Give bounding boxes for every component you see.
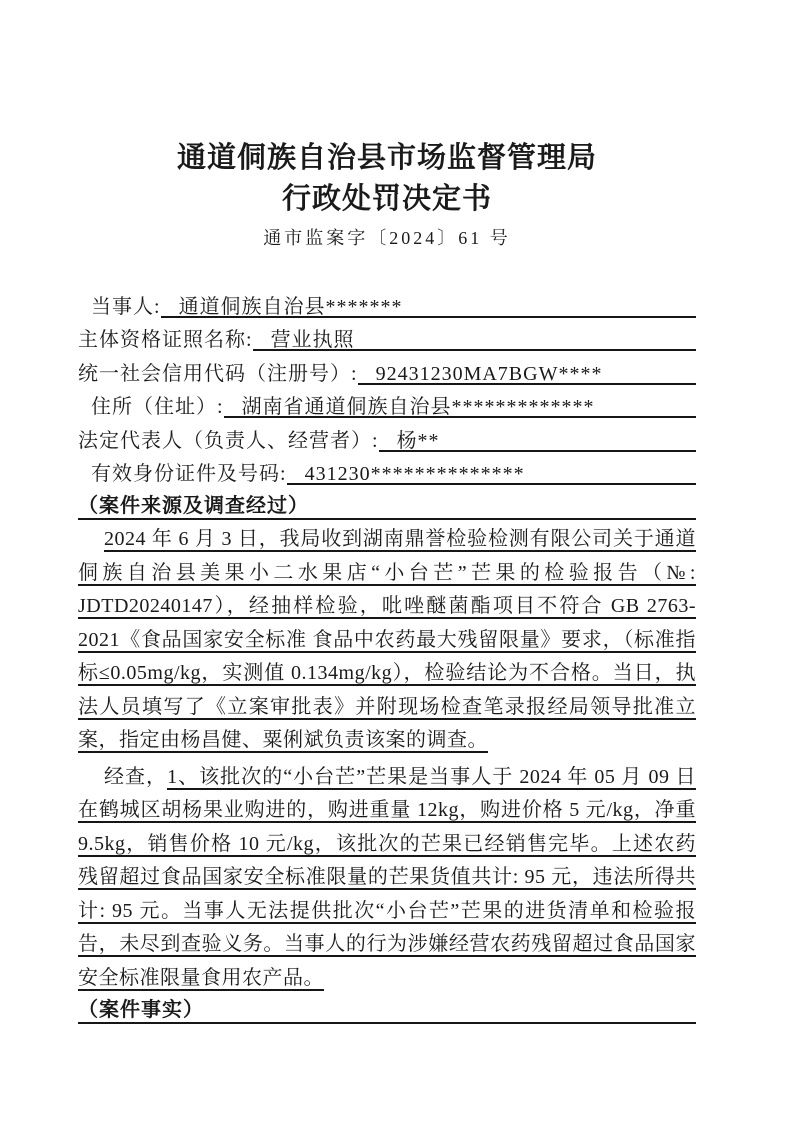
legal-rep-label: 法定代表人（负责人、经营者）: xyxy=(78,430,379,452)
party-value: 通道侗族自治县******* xyxy=(161,296,696,318)
paragraph-findings-text: 1、该批次的“小台芒”芒果是当事人于 2024 年 05 月 09 日在鹤城区胡… xyxy=(78,766,696,991)
credit-code-value: 92431230MA7BGW**** xyxy=(358,363,696,385)
address-label: 住所（住址）: xyxy=(91,396,224,418)
paragraph-investigation-text: 2024 年 6 月 3 日，我局收到湖南鼎誉检验检测有限公司关于通道侗族自治县… xyxy=(78,528,696,753)
license-name-value: 营业执照 xyxy=(253,329,696,351)
party-info-form: 当事人: 通道侗族自治县******* 主体资格证照名称: 营业执照 统一社会信… xyxy=(78,296,696,496)
form-row-party: 当事人: 通道侗族自治县******* xyxy=(78,296,696,329)
form-row-license-name: 主体资格证照名称: 营业执照 xyxy=(78,329,696,362)
address-value: 湖南省通道侗族自治县************* xyxy=(224,396,696,418)
document-title: 通道侗族自治县市场监督管理局 xyxy=(78,138,696,179)
paragraph-findings: 经查，1、该批次的“小台芒”芒果是当事人于 2024 年 05 月 09 日在鹤… xyxy=(78,761,696,996)
paragraph-findings-lead: 经查， xyxy=(104,766,167,788)
paragraph-investigation: 2024 年 6 月 3 日，我局收到湖南鼎誉检验检测有限公司关于通道侗族自治县… xyxy=(78,523,696,758)
id-number-value: 431230************** xyxy=(287,463,696,485)
legal-rep-value: 杨** xyxy=(379,430,696,452)
document-subtitle: 行政处罚决定书 xyxy=(78,179,696,220)
penalty-decision-document: 通道侗族自治县市场监督管理局 行政处罚决定书 通市监案字〔2024〕61 号 当… xyxy=(0,0,793,1122)
form-row-legal-rep: 法定代表人（负责人、经营者）: 杨** xyxy=(78,430,696,463)
case-number: 通市监案字〔2024〕61 号 xyxy=(78,227,696,249)
form-row-credit-code: 统一社会信用代码（注册号）: 92431230MA7BGW**** xyxy=(78,363,696,396)
license-name-label: 主体资格证照名称: xyxy=(78,329,253,351)
section-heading-case-source: （案件来源及调查经过） xyxy=(78,496,696,520)
credit-code-label: 统一社会信用代码（注册号）: xyxy=(78,363,358,385)
section-heading-case-facts: （案件事实） xyxy=(78,1000,696,1024)
form-row-id-number: 有效身份证件及号码: 431230************** xyxy=(78,463,696,496)
id-number-label: 有效身份证件及号码: xyxy=(91,463,287,485)
form-row-address: 住所（住址）: 湖南省通道侗族自治县************* xyxy=(78,396,696,429)
party-label: 当事人: xyxy=(91,296,161,318)
document-content: 通道侗族自治县市场监督管理局 行政处罚决定书 通市监案字〔2024〕61 号 当… xyxy=(78,0,696,1024)
